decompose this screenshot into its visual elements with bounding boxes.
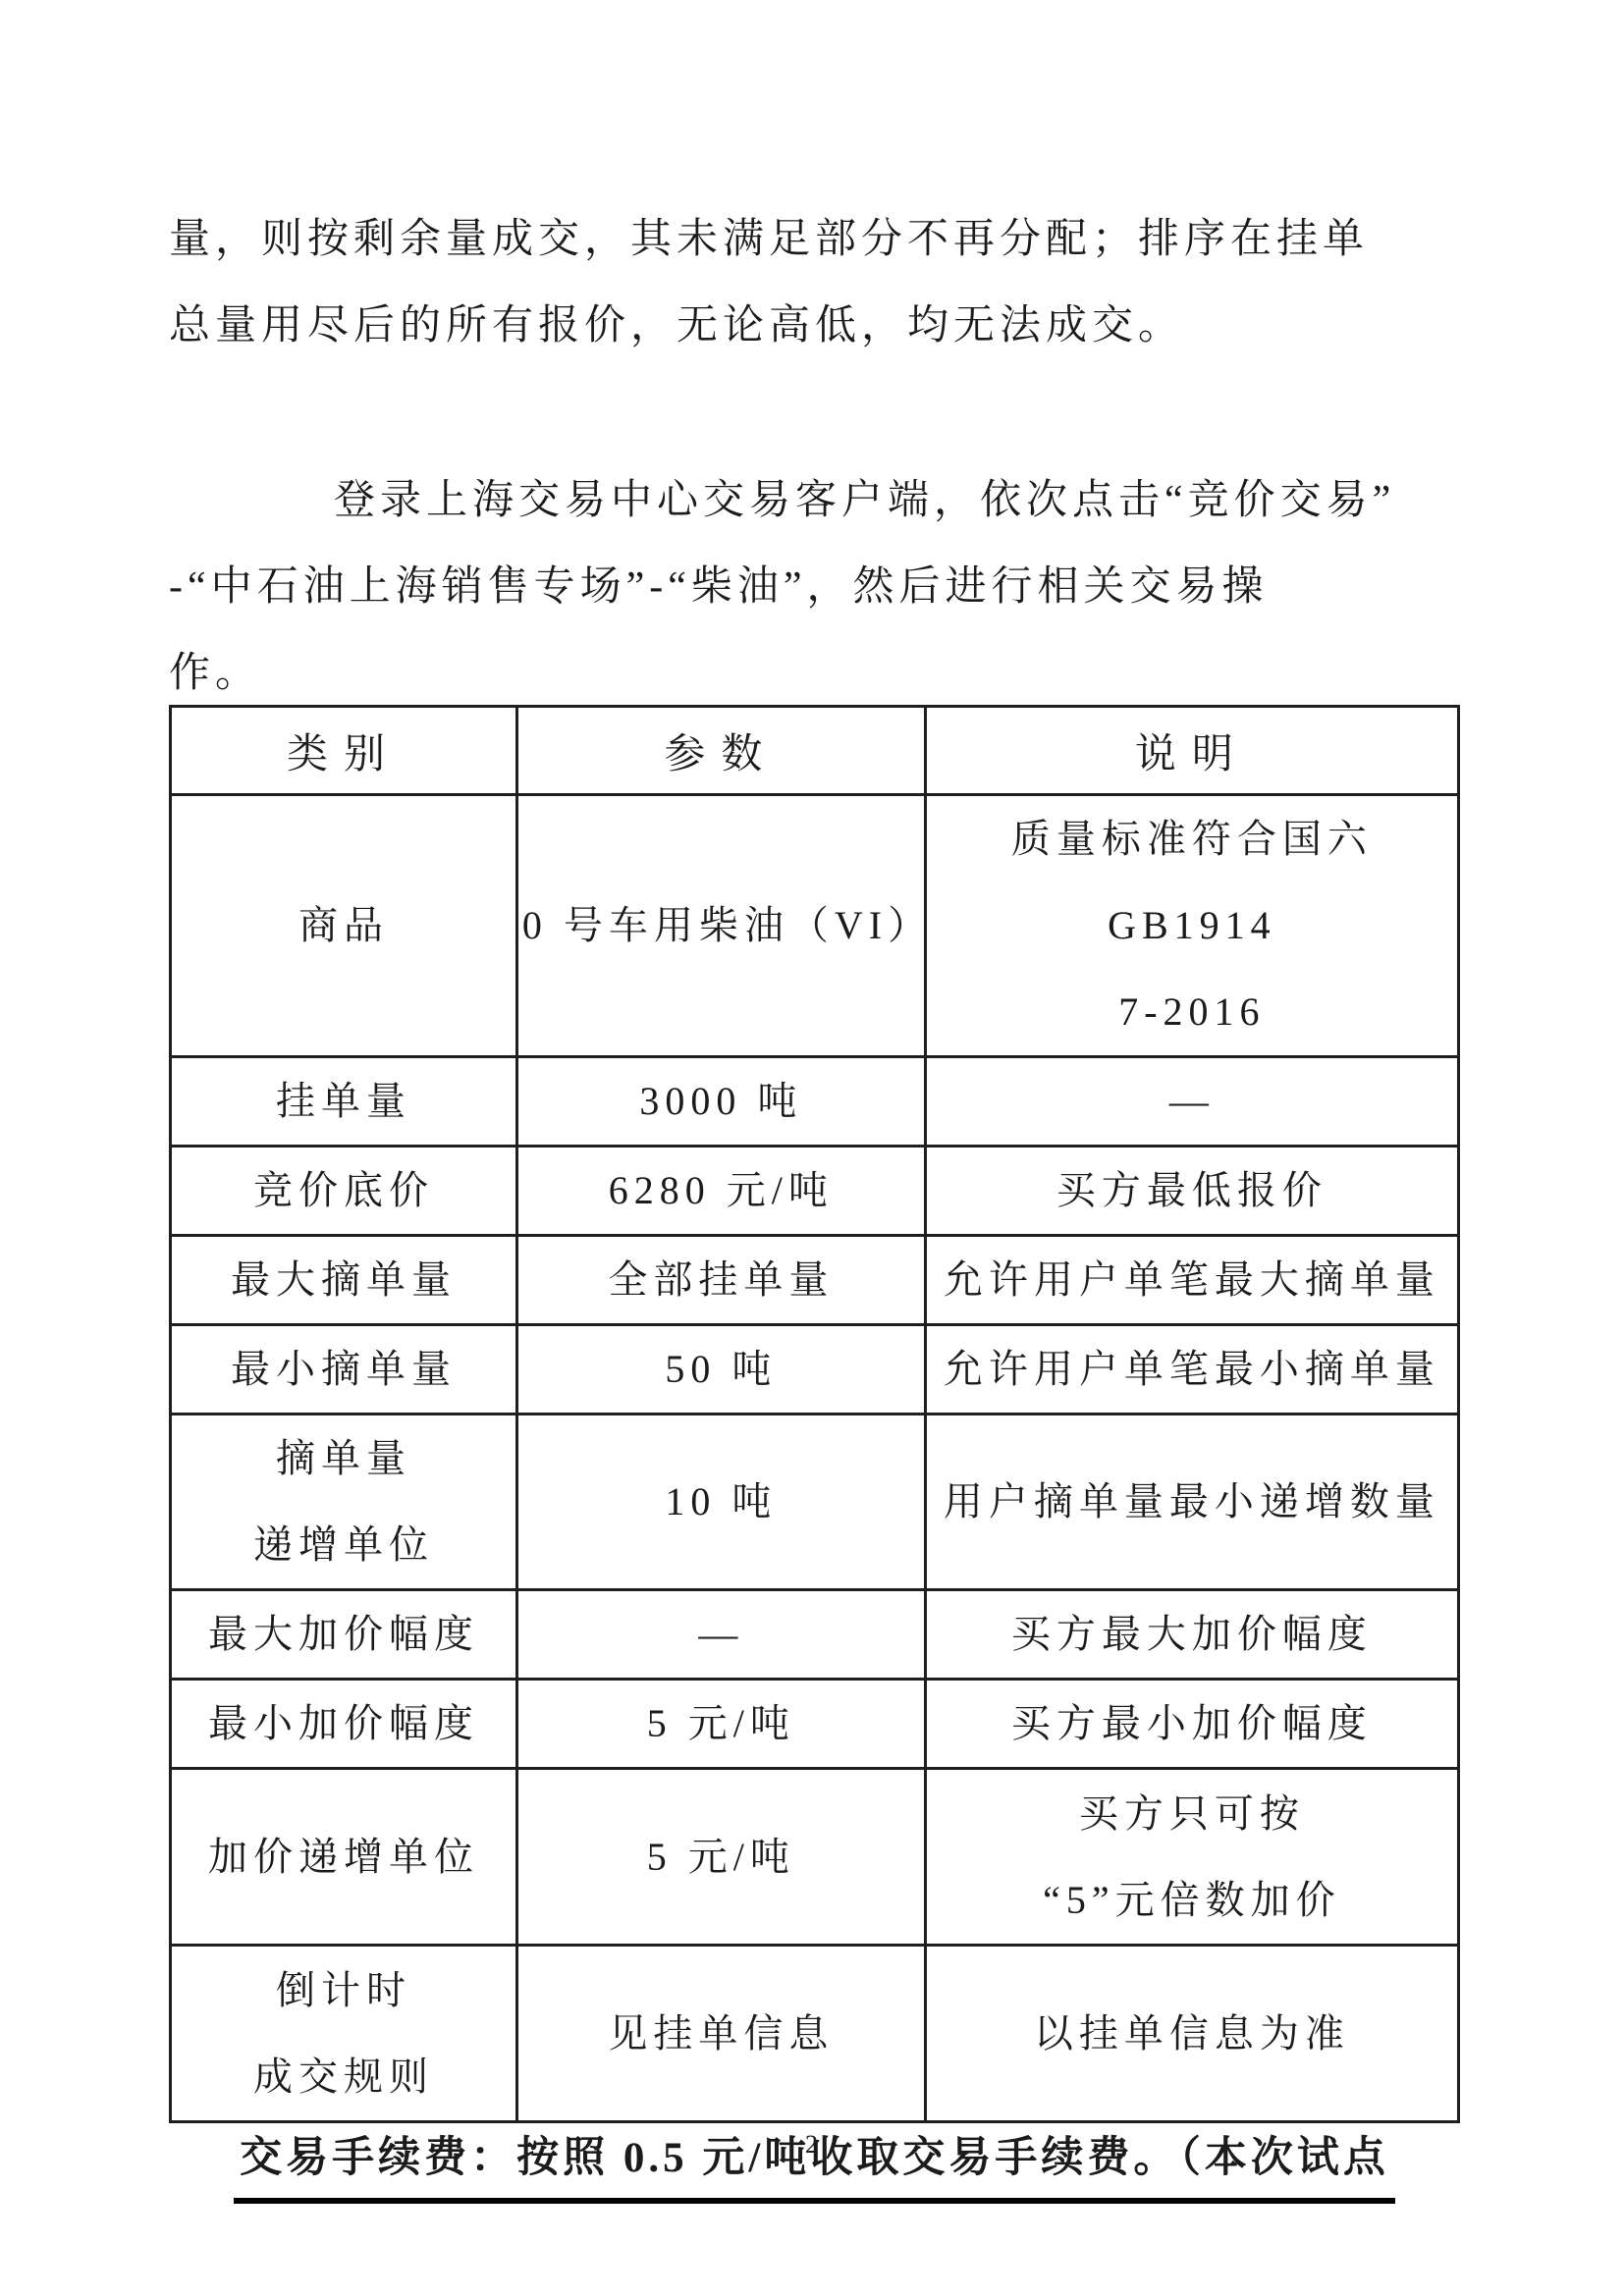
cell-parameter: 见挂单信息 [516, 1946, 925, 2122]
table-row: 摘单量 递增单位 10 吨 用户摘单量最小递增数量 [171, 1415, 1459, 1590]
cell-description: 允许用户单笔最小摘单量 [925, 1325, 1458, 1415]
cell-parameter: 全部挂单量 [516, 1236, 925, 1325]
cell-parameter: 3000 吨 [516, 1057, 925, 1147]
cell-parameter: 50 吨 [516, 1325, 925, 1415]
cell-category: 最大加价幅度 [171, 1590, 517, 1680]
cell-parameter: 5 元/吨 [516, 1680, 925, 1769]
col-header-category: 类别 [171, 707, 517, 795]
spec-table: 类别 参数 说明 商品 0 号车用柴油（VI） 质量标准符合国六 GB1914 … [169, 705, 1460, 2123]
cell-description: 质量标准符合国六 GB1914 7-2016 [925, 795, 1458, 1057]
cell-parameter: 6280 元/吨 [516, 1147, 925, 1236]
table-row: 最大加价幅度 — 买方最大加价幅度 [171, 1590, 1459, 1680]
cell-description: 买方最低报价 [925, 1147, 1458, 1236]
cell-category: 竞价底价 [171, 1147, 517, 1236]
page-number: 2 [0, 2130, 1624, 2160]
cell-description: 买方最小加价幅度 [925, 1680, 1458, 1769]
cell-parameter: 0 号车用柴油（VI） [516, 795, 925, 1057]
table-row: 加价递增单位 5 元/吨 买方只可按 “5”元倍数加价 [171, 1769, 1459, 1946]
cell-category: 倒计时 成交规则 [171, 1946, 517, 2122]
cell-category: 最大摘单量 [171, 1236, 517, 1325]
table-row: 最小摘单量 50 吨 允许用户单笔最小摘单量 [171, 1325, 1459, 1415]
cell-category: 商品 [171, 795, 517, 1057]
cell-parameter: 5 元/吨 [516, 1769, 925, 1946]
table-row: 商品 0 号车用柴油（VI） 质量标准符合国六 GB1914 7-2016 [171, 795, 1459, 1057]
col-header-description: 说明 [925, 707, 1458, 795]
col-header-parameter: 参数 [516, 707, 925, 795]
cell-description: 买方最大加价幅度 [925, 1590, 1458, 1680]
cell-category: 摘单量 递增单位 [171, 1415, 517, 1590]
table-row: 最大摘单量 全部挂单量 允许用户单笔最大摘单量 [171, 1236, 1459, 1325]
cell-parameter: 10 吨 [516, 1415, 925, 1590]
cell-description: 以挂单信息为准 [925, 1946, 1458, 2122]
cell-description: 用户摘单量最小递增数量 [925, 1415, 1458, 1590]
cell-parameter: — [516, 1590, 925, 1680]
cell-category: 最小摘单量 [171, 1325, 517, 1415]
cell-category: 最小加价幅度 [171, 1680, 517, 1769]
paragraph-trade-rule: 量，则按剩余量成交，其未满足部分不再分配；排序在挂单 总量用尽后的所有报价，无论… [169, 196, 1460, 369]
cell-category: 加价递增单位 [171, 1769, 517, 1946]
table-row: 最小加价幅度 5 元/吨 买方最小加价幅度 [171, 1680, 1459, 1769]
cell-description: 买方只可按 “5”元倍数加价 [925, 1769, 1458, 1946]
table-row: 挂单量 3000 吨 — [171, 1057, 1459, 1147]
cell-category: 挂单量 [171, 1057, 517, 1147]
paragraph-login-instructions: 登录上海交易中心交易客户端，依次点击“竞价交易” -“中石油上海销售专场”-“柴… [169, 457, 1460, 717]
cell-description: 允许用户单笔最大摘单量 [925, 1236, 1458, 1325]
table-row: 倒计时 成交规则 见挂单信息 以挂单信息为准 [171, 1946, 1459, 2122]
document-content: 量，则按剩余量成交，其未满足部分不再分配；排序在挂单 总量用尽后的所有报价，无论… [169, 196, 1460, 2204]
table-header-row: 类别 参数 说明 [171, 707, 1459, 795]
table-row: 竞价底价 6280 元/吨 买方最低报价 [171, 1147, 1459, 1236]
document-page: 量，则按剩余量成交，其未满足部分不再分配；排序在挂单 总量用尽后的所有报价，无论… [0, 0, 1624, 2296]
cell-description: — [925, 1057, 1458, 1147]
